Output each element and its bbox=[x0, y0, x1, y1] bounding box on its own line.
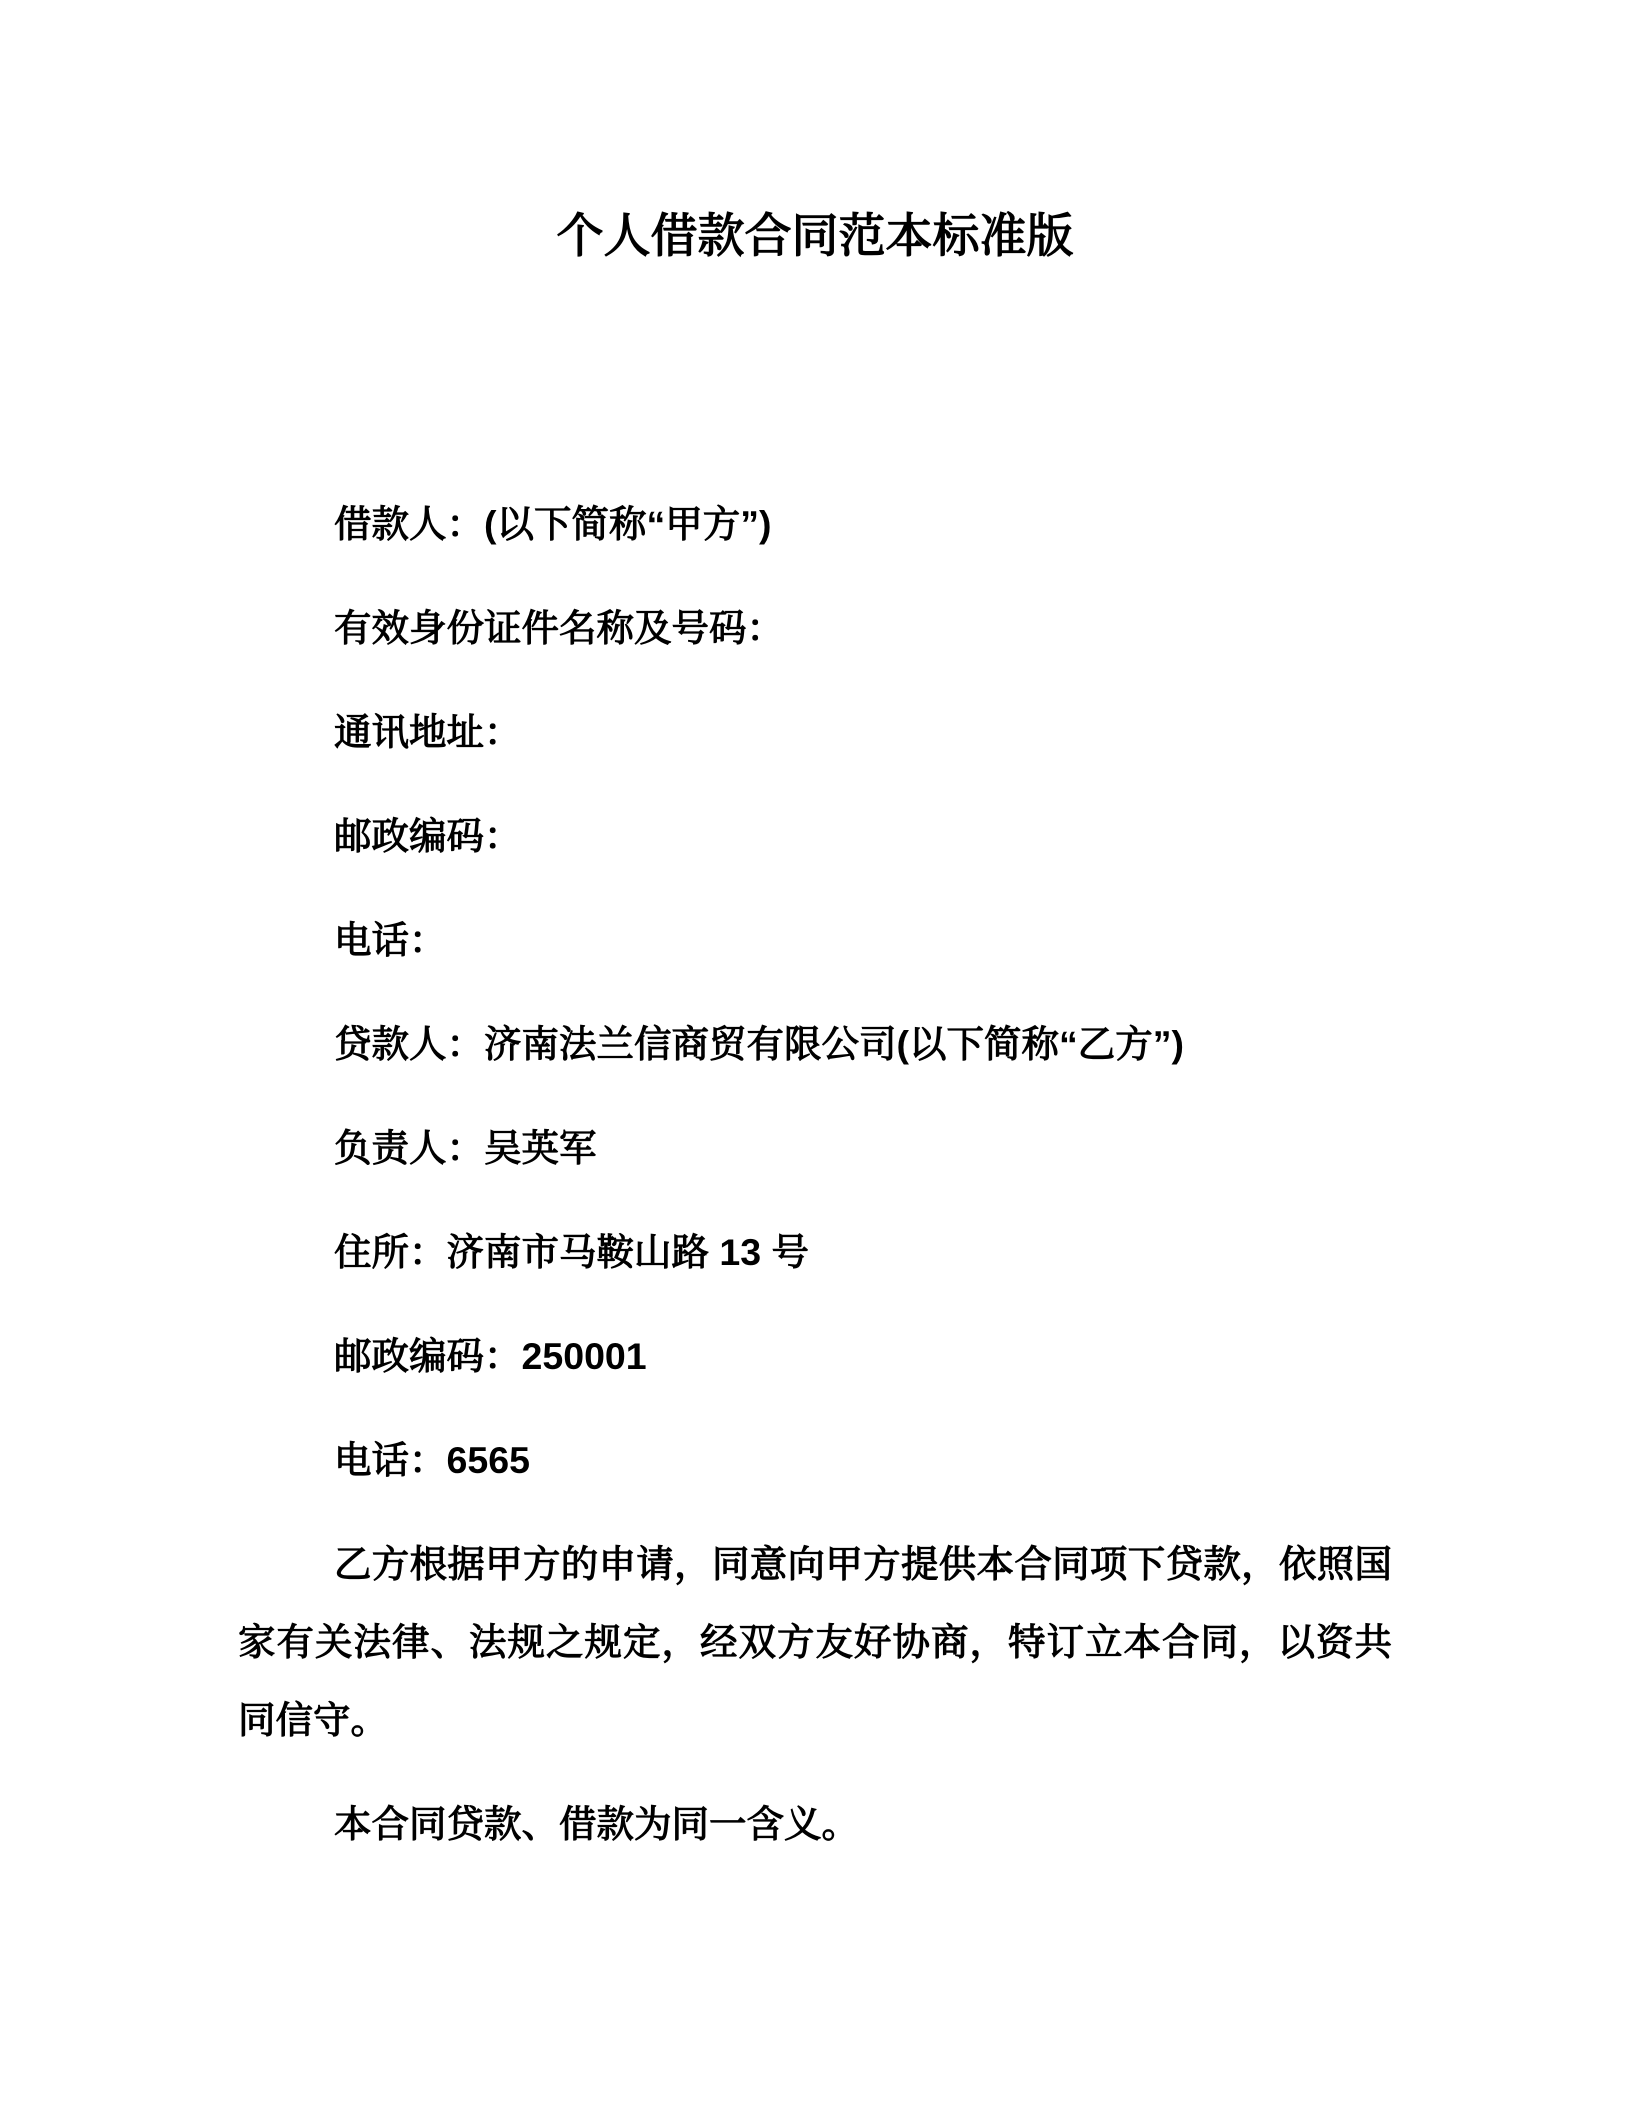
definition-paragraph: 本合同贷款、借款为同一含义。 bbox=[238, 1785, 1392, 1863]
id-document-label: 有效身份证件名称及号码： bbox=[334, 607, 784, 649]
person-in-charge-label: 负责人： bbox=[334, 1127, 484, 1169]
lender-address-line: 住所：济南市马鞍山路 13 号 bbox=[238, 1213, 1392, 1291]
borrower-label: 借款人： bbox=[334, 503, 484, 545]
borrower-phone-line: 电话： bbox=[238, 901, 1392, 979]
lender-label: 贷款人： bbox=[334, 1023, 484, 1065]
borrower-line: 借款人：(以下简称“甲方”) bbox=[238, 485, 1392, 563]
borrower-postal-code-label: 邮政编码： bbox=[334, 815, 522, 857]
lender-value: 济南法兰信商贸有限公司(以下简称“乙方”) bbox=[484, 1023, 1184, 1065]
lender-phone-label: 电话： bbox=[334, 1439, 447, 1481]
document-title: 个人借款合同范本标准版 bbox=[238, 205, 1392, 267]
lender-address-value: 济南市马鞍山路 13 号 bbox=[447, 1231, 810, 1273]
mailing-address-label: 通讯地址： bbox=[334, 711, 522, 753]
mailing-address-line: 通讯地址： bbox=[238, 693, 1392, 771]
borrower-phone-label: 电话： bbox=[334, 919, 447, 961]
preamble-paragraph: 乙方根据甲方的申请，同意向甲方提供本合同项下贷款，依照国家有关法律、法规之规定，… bbox=[238, 1525, 1392, 1759]
borrower-postal-code-line: 邮政编码： bbox=[238, 797, 1392, 875]
document-content: 个人借款合同范本标准版 借款人：(以下简称“甲方”) 有效身份证件名称及号码： … bbox=[0, 205, 1632, 1863]
document-page: 个人借款合同范本标准版 借款人：(以下简称“甲方”) 有效身份证件名称及号码： … bbox=[0, 0, 1632, 2112]
lender-postal-code-value: 250001 bbox=[522, 1335, 647, 1377]
borrower-value: (以下简称“甲方”) bbox=[484, 503, 771, 545]
person-in-charge-line: 负责人：吴英军 bbox=[238, 1109, 1392, 1187]
id-document-line: 有效身份证件名称及号码： bbox=[238, 589, 1392, 667]
lender-postal-code-label: 邮政编码： bbox=[334, 1335, 522, 1377]
lender-address-label: 住所： bbox=[334, 1231, 447, 1273]
lender-line: 贷款人：济南法兰信商贸有限公司(以下简称“乙方”) bbox=[238, 1005, 1392, 1083]
lender-phone-value: 6565 bbox=[447, 1439, 530, 1481]
lender-postal-code-line: 邮政编码：250001 bbox=[238, 1317, 1392, 1395]
lender-phone-line: 电话：6565 bbox=[238, 1421, 1392, 1499]
person-in-charge-value: 吴英军 bbox=[484, 1127, 597, 1169]
